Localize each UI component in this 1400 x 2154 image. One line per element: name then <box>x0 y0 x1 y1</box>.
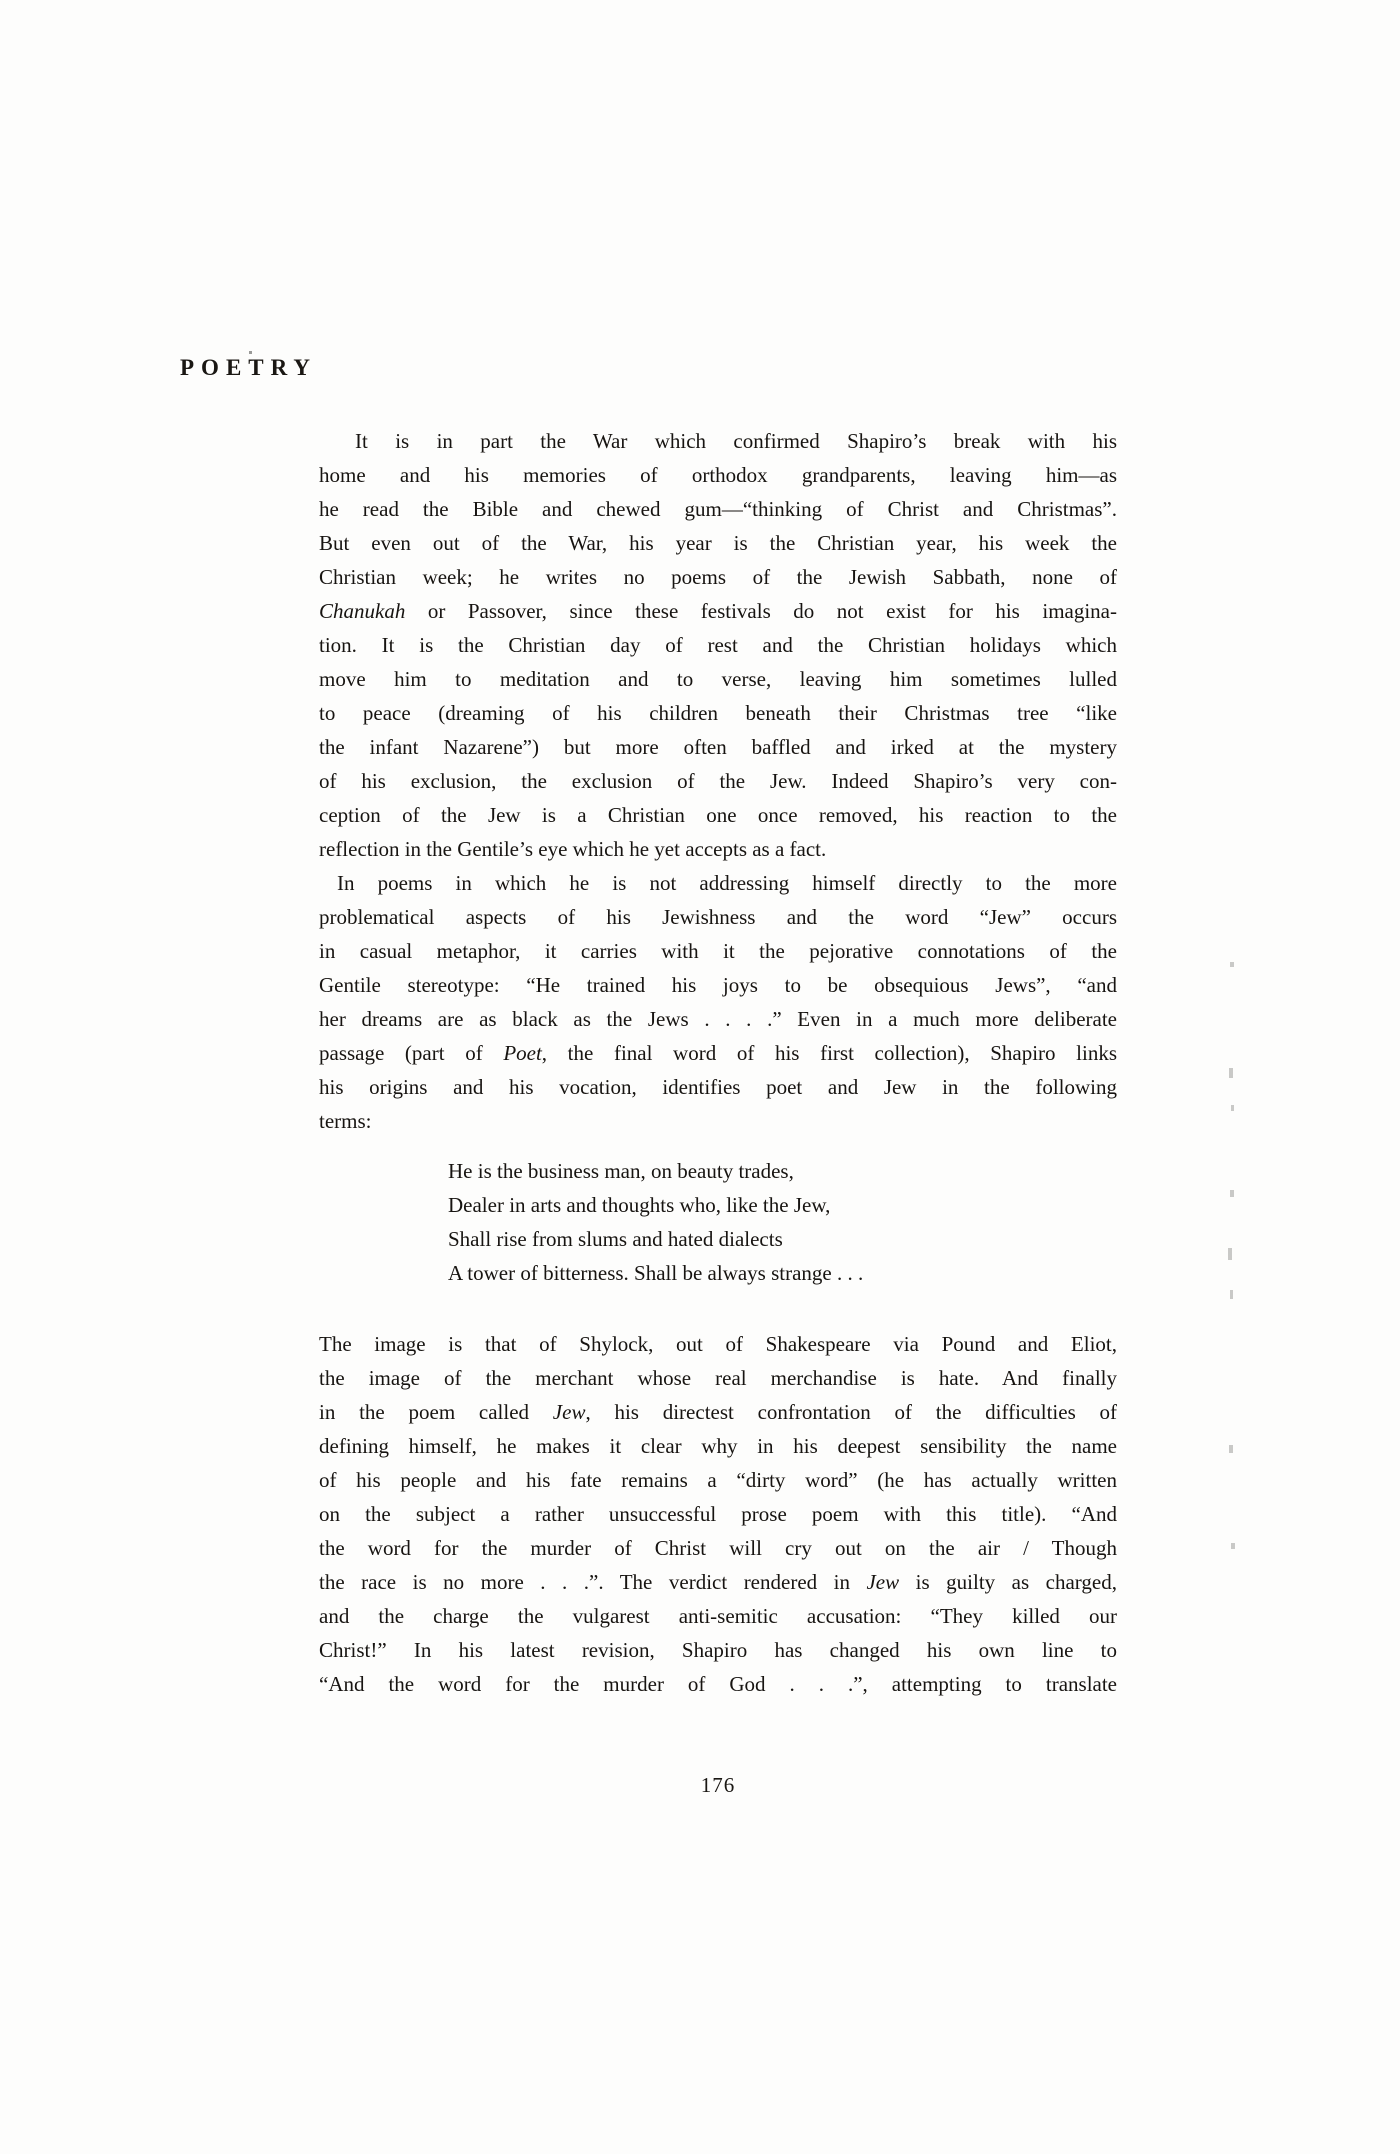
text-line: Chanukah or Passover, since these festiv… <box>319 594 1117 628</box>
text-line: Shall rise from slums and hated dialects <box>448 1222 1117 1256</box>
text-line: of his exclusion, the exclusion of the J… <box>319 764 1117 798</box>
text-line: the race is no more . . .”. The verdict … <box>319 1565 1117 1599</box>
text-line: the word for the murder of Christ will c… <box>319 1531 1117 1565</box>
paragraph: It is in part the War which confirmed Sh… <box>319 424 1117 866</box>
text-line: He is the business man, on beauty trades… <box>448 1154 1117 1188</box>
text-line: home and his memories of orthodox grandp… <box>319 458 1117 492</box>
text-line: the infant Nazarene”) but more often baf… <box>319 730 1117 764</box>
text-line: In poems in which he is not addressing h… <box>337 866 1117 900</box>
text-line: Christ!” In his latest revision, Shapiro… <box>319 1633 1117 1667</box>
text-line: Christian week; he writes no poems of th… <box>319 560 1117 594</box>
text-line: in the poem called Jew, his directest co… <box>319 1395 1117 1429</box>
paragraph: In poems in which he is not addressing h… <box>319 866 1117 1138</box>
text-line: he read the Bible and chewed gum—“thinki… <box>319 492 1117 526</box>
text-line: her dreams are as black as the Jews . . … <box>319 1002 1117 1036</box>
text-line: the image of the merchant whose real mer… <box>319 1361 1117 1395</box>
text-line: A tower of bitterness. Shall be always s… <box>448 1256 1117 1290</box>
text-line: Gentile stereotype: “He trained his joys… <box>319 968 1117 1002</box>
text-line: his origins and his vocation, identifies… <box>319 1070 1117 1104</box>
text-line: in casual metaphor, it carries with it t… <box>319 934 1117 968</box>
text-line: But even out of the War, his year is the… <box>319 526 1117 560</box>
text-line: and the charge the vulgarest anti-semiti… <box>319 1599 1117 1633</box>
paragraph: The image is that of Shylock, out of Sha… <box>319 1327 1117 1701</box>
text-line: terms: <box>319 1104 1117 1138</box>
text-line: move him to meditation and to verse, lea… <box>319 662 1117 696</box>
text-line: The image is that of Shylock, out of Sha… <box>319 1327 1117 1361</box>
text-line: “And the word for the murder of God . . … <box>319 1667 1117 1701</box>
verse-quote: He is the business man, on beauty trades… <box>448 1154 1117 1290</box>
text-line: defining himself, he makes it clear why … <box>319 1429 1117 1463</box>
text-line: passage (part of Poet, the final word of… <box>319 1036 1117 1070</box>
text-line: Dealer in arts and thoughts who, like th… <box>448 1188 1117 1222</box>
text-line: It is in part the War which confirmed Sh… <box>355 424 1117 458</box>
text-line: ception of the Jew is a Christian one on… <box>319 798 1117 832</box>
text-column: It is in part the War which confirmed Sh… <box>319 424 1117 1701</box>
text-line: on the subject a rather unsuccessful pro… <box>319 1497 1117 1531</box>
page-number: 176 <box>319 1773 1117 1798</box>
text-line: tion. It is the Christian day of rest an… <box>319 628 1117 662</box>
document-page: POETRY It is in part the War which confi… <box>0 0 1400 2154</box>
text-line: of his people and his fate remains a “di… <box>319 1463 1117 1497</box>
text-line: reflection in the Gentile’s eye which he… <box>319 832 1117 866</box>
text-line: to peace (dreaming of his children benea… <box>319 696 1117 730</box>
running-header: POETRY <box>180 355 317 381</box>
text-line: problematical aspects of his Jewishness … <box>319 900 1117 934</box>
